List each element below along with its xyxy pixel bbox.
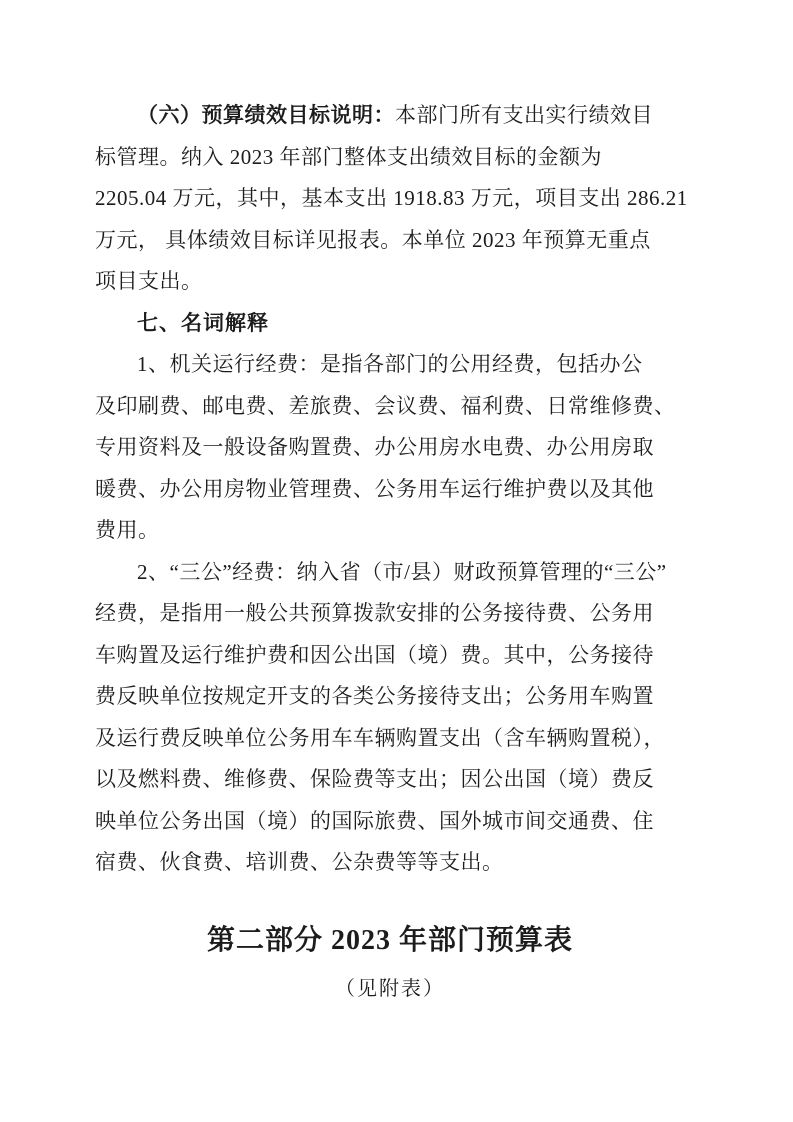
paragraph-three-public-line-5: 及运行费反映单位公务用车车辆购置支出（含车辆购置税）， bbox=[95, 718, 685, 760]
performance-line-1-rest: 本部门所有支出实行绩效目 bbox=[395, 103, 653, 127]
paragraph-performance-line-1: （六）预算绩效目标说明：本部门所有支出实行绩效目 bbox=[95, 95, 685, 137]
terms-section-heading: 七、名词解释 bbox=[95, 303, 685, 345]
paragraph-operating-line-1: 1、机关运行经费：是指各部门的公用经费，包括办公 bbox=[95, 344, 685, 386]
paragraph-performance-line-3: 2205.04 万元，其中，基本支出 1918.83 万元，项目支出 286.2… bbox=[95, 178, 685, 220]
part-two-title: 第二部分 2023 年部门预算表 bbox=[95, 921, 685, 961]
paragraph-three-public-line-8: 宿费、伙食费、培训费、公杂费等等支出。 bbox=[95, 842, 685, 884]
paragraph-three-public-line-4: 费反映单位按规定开支的各类公务接待支出；公务用车购置 bbox=[95, 676, 685, 718]
performance-bold-lead: （六）预算绩效目标说明： bbox=[137, 104, 395, 127]
paragraph-operating-line-2: 及印刷费、邮电费、差旅费、会议费、福利费、日常维修费、 bbox=[95, 386, 685, 428]
document-page: （六）预算绩效目标说明：本部门所有支出实行绩效目 标管理。纳入 2023 年部门… bbox=[0, 0, 793, 1122]
paragraph-three-public-line-7: 映单位公务出国（境）的国际旅费、国外城市间交通费、住 bbox=[95, 801, 685, 843]
paragraph-three-public-line-1: 2、“三公”经费：纳入省（市/县）财政预算管理的“三公” bbox=[95, 552, 685, 594]
paragraph-operating-line-4: 暖费、办公用房物业管理费、公务用车运行维护费以及其他 bbox=[95, 469, 685, 511]
paragraph-three-public-line-6: 以及燃料费、维修费、保险费等支出；因公出国（境）费反 bbox=[95, 759, 685, 801]
paragraph-operating-line-3: 专用资料及一般设备购置费、办公用房水电费、办公用房取 bbox=[95, 427, 685, 469]
paragraph-performance-line-2: 标管理。纳入 2023 年部门整体支出绩效目标的金额为 bbox=[95, 137, 685, 179]
page-content: （六）预算绩效目标说明：本部门所有支出实行绩效目 标管理。纳入 2023 年部门… bbox=[95, 95, 685, 1010]
paragraph-operating-line-5: 费用。 bbox=[95, 510, 685, 552]
paragraph-performance-line-5: 项目支出。 bbox=[95, 261, 685, 303]
paragraph-three-public-line-3: 车购置及运行维护费和因公出国（境）费。其中，公务接待 bbox=[95, 635, 685, 677]
paragraph-three-public-line-2: 经费，是指用一般公共预算拨款安排的公务接待费、公务用 bbox=[95, 593, 685, 635]
paragraph-performance-line-4: 万元， 具体绩效目标详见报表。本单位 2023 年预算无重点 bbox=[95, 220, 685, 262]
part-two-subtitle: （见附表） bbox=[95, 969, 685, 1011]
